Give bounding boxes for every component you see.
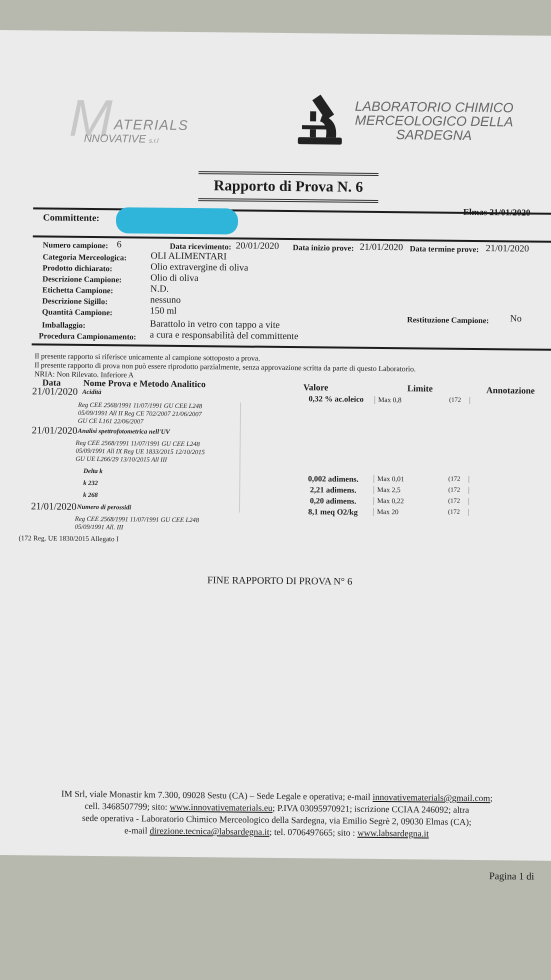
website-link[interactable]: www.innovativematerials.eu bbox=[170, 802, 273, 813]
page-number: Pagina 1 di bbox=[489, 871, 534, 882]
laboratorio-logo-text: LABORATORIO CHIMICO MERCEOLOGICO DELLA S… bbox=[349, 100, 519, 144]
end-of-report: FINE RAPPORTO DI PROVA N° 6 bbox=[207, 575, 352, 588]
column-divider bbox=[239, 403, 241, 513]
results-table: Data Nome Prova e Metodo Analitico Valor… bbox=[0, 30, 551, 36]
footnote: (172 Reg. UE 1830/2015 Allegato I bbox=[19, 534, 119, 543]
email-link[interactable]: direzione.tecnica@labsardegna.it bbox=[150, 826, 270, 837]
sample-info: Numero campione: 6 Data ricevimento: 20/… bbox=[0, 30, 551, 36]
divider bbox=[33, 235, 551, 242]
report-page: M ATERIALS NNOVATIVE s.r.l LABORATORIO C… bbox=[0, 30, 551, 861]
divider bbox=[32, 343, 551, 350]
committente-redacted bbox=[116, 207, 238, 234]
footer-contacts: IM Srl, viale Monastir km 7.300, 09028 S… bbox=[22, 787, 532, 840]
committente-label: Committente: bbox=[43, 213, 100, 224]
website-link[interactable]: www.labsardegna.it bbox=[357, 828, 429, 839]
email-link[interactable]: innovativematerials@gmail.com bbox=[373, 792, 491, 803]
materials-innovative-logo: M ATERIALS NNOVATIVE s.r.l bbox=[64, 91, 215, 153]
page-title: Rapporto di Prova N. 6 bbox=[198, 171, 378, 203]
microscope-icon bbox=[296, 93, 345, 145]
